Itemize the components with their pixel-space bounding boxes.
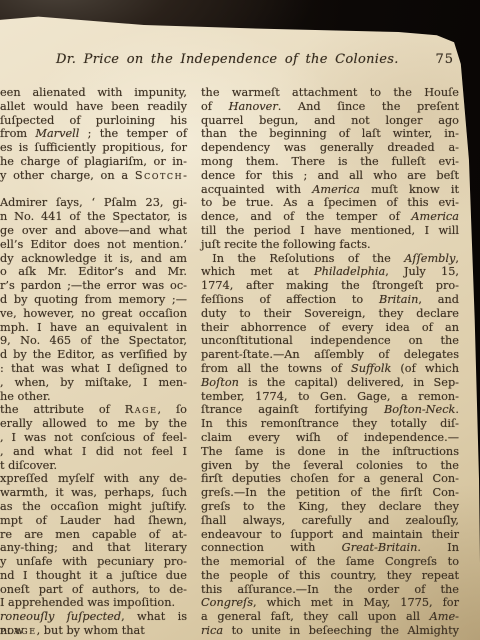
text-line: , when, by miſtake, I men- [0,376,187,390]
text-line: any-thing; and that literary [0,541,187,555]
text-line: 9, No. 465 of the Spectator, [0,334,187,348]
text-line: plage, but by whom that [0,624,187,638]
text-line: from all the towns of Suffolk (of which [201,362,459,376]
text-line: dence for this ; and all who are beſt [201,169,459,183]
text-line: dependency was generally dreaded a- [201,141,459,155]
text-line: this aſſurance.—In the order of the [201,583,459,597]
text-line: : that was what I deſigned to [0,362,187,376]
text-line: ell’s Editor does not mention.’ [0,238,187,252]
text-line: Congreſs, which met in May, 1775, for [201,596,459,610]
text-line: d by quoting from memory ;— [0,293,187,307]
text-line: oneſt part of authors, to de- [0,583,187,597]
text-line: dence, and of the temper of America [201,210,459,224]
text-line: quarrel begun, and not longer ago [201,114,459,128]
text-line: greſs to the King, they declare they [201,500,459,514]
book-page: Dr. Price on the Independence of the Col… [0,0,480,640]
text-line: from Marvell ; the temper of [0,127,187,141]
text-line: firſt deputies choſen for a general Con- [201,472,459,486]
text-line: een alienated with impunity, [0,86,187,100]
text-line: the memorial of the ſame Congreſs to [201,555,459,569]
text-line: connection with Great-Britain. In [201,541,459,555]
page-number: 75 [435,52,454,67]
text-columns: een alienated with impunity,allet would … [0,86,480,638]
text-line: juſt recite the following facts. [201,238,459,252]
text-line: the people of this country, they repeat [201,569,459,583]
text-line: their abhorrence of every idea of an [201,321,459,335]
text-line: given by the ſeveral colonies to the [201,459,459,473]
text-line: I apprehended was impoſition. [0,596,187,610]
text-line: tember, 1774, to Gen. Gage, a remon- [201,390,459,404]
text-line: allet would have been readily [0,100,187,114]
text-line: he other. [0,390,187,404]
text-line: claim every wiſh of independence.— [201,431,459,445]
text-line: The ſame is done in the inſtructions [201,445,459,459]
text-line: mong them. There is the fulleſt evi- [201,155,459,169]
text-line: t diſcover. [0,459,187,473]
photo-background: Dr. Price on the Independence of the Col… [0,0,480,640]
text-line: , I was not conſcious of feel- [0,431,187,445]
text-line: feſſions of affection to Britain, and [201,293,459,307]
text-line: ge over and above—and what [0,224,187,238]
text-line: erally allowed to me by the [0,417,187,431]
text-line: 1774, after making the ſtrongeſt pro- [201,279,459,293]
text-line: endeavour to ſupport and maintain their [201,528,459,542]
text-line: In the Reſolutions of the Aſſembly, [201,252,459,266]
text-line: warmth, it was, perhaps, ſuch [0,486,187,500]
text-line: y other charge, on a Scotch- [0,169,187,183]
text-line: ſhall always, carefully and zealouſly, [201,514,459,528]
text-line: es is ſufficiently propitious, for [0,141,187,155]
text-line: In this remonſtrance they totally diſ- [201,417,459,431]
text-line: a general faſt, they call upon all Ame- [201,610,459,624]
text-line: n No. 441 of the Spectator, is [0,210,187,224]
column-gutter [187,86,201,638]
text-line: than the beginning of laſt winter, in- [201,127,459,141]
text-line: of Hanover. And ſince the preſent [201,100,459,114]
left-column: een alienated with impunity,allet would … [0,86,187,638]
text-line: xpreſſed myſelf with any de- [0,472,187,486]
text-line: unconſtitutional independence on the [201,334,459,348]
text-line: mpt of Lauder had ſhewn, [0,514,187,528]
text-line: which met at Philadelphia, July 15, [201,265,459,279]
text-line: o aſk Mr. Editor’s and Mr. [0,265,187,279]
text-line: ſuſpected of purloining his [0,114,187,128]
text-line: duty to their Sovereign, they declare [201,307,459,321]
text-line: he charge of plagiariſm, or in- [0,155,187,169]
running-head-title: Dr. Price on the Independence of the Col… [28,52,399,67]
running-head: Dr. Price on the Independence of the Col… [28,52,454,67]
text-line: till the period I have mentioned, I will [201,224,459,238]
text-line: r’s pardon ;—the error was oc- [0,279,187,293]
text-line: parent-ſtate.—An aſſembly of delegates [201,348,459,362]
text-line: d by the Editor, as verſified by [0,348,187,362]
text-line: as the occaſion might juſtify. [0,500,187,514]
text-line: rica to unite in beſeeching the Almighty [201,624,459,638]
text-line: Admirer ſays, ‘ Pſalm 23, gi- [0,196,187,210]
text-line: the warmeſt attachment to the Houſe [201,86,459,100]
text-line: the attribute of Rage, ſo [0,403,187,417]
text-line: to be true. As a ſpecimen of this evi- [201,196,459,210]
right-column: the warmeſt attachment to the Houſeof Ha… [201,86,459,638]
text-line: nd I thought it a juſtice due [0,569,187,583]
text-line: greſs.—In the petition of the firſt Con- [201,486,459,500]
text-line: , and what I did not feel I [0,445,187,459]
text-line: ve, however, no great occaſion [0,307,187,321]
text-line: acquainted with America muſt know it [201,183,459,197]
text-line: dy acknowledge it is, and am [0,252,187,266]
text-line: re are men capable of at- [0,528,187,542]
text-line: roneouſly ſuſpected, what is now [0,610,187,624]
text-line [0,183,187,197]
text-line: y unſafe with pecuniary pro- [0,555,187,569]
text-line: Boſton is the capital) delivered, in Sep… [201,376,459,390]
text-line: mph. I have an equivalent in [0,321,187,335]
text-line: ſtrance againſt fortifying Boſton-Neck. [201,403,459,417]
